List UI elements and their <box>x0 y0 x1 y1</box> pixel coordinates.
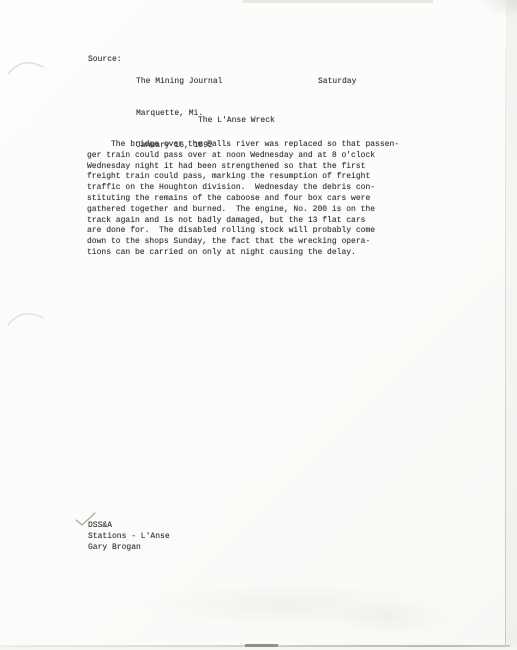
page-top-edge-shadow <box>243 0 433 3</box>
scanned-document-page: Source: The Mining Journal Marquette, Mi… <box>0 0 517 650</box>
scan-smudge <box>330 600 450 635</box>
annotation-block: DSS&A Stations - L'Anse Gary Brogan <box>88 521 170 553</box>
paper-curl-mark-icon <box>5 301 47 331</box>
paper-curl-mark-icon <box>5 50 47 80</box>
page-bottom-edge-mark <box>245 644 278 647</box>
source-weekday: Saturday <box>318 77 356 88</box>
page-right-edge <box>505 46 506 646</box>
article-body: The bridge over the Falls river was repl… <box>87 140 399 259</box>
source-label: Source: <box>88 55 122 66</box>
article-title: The L'Anse Wreck <box>198 116 275 127</box>
page-right-margin-shadow <box>506 0 517 650</box>
page-corner-shadow <box>478 0 517 16</box>
source-publication: The Mining Journal <box>136 77 222 88</box>
